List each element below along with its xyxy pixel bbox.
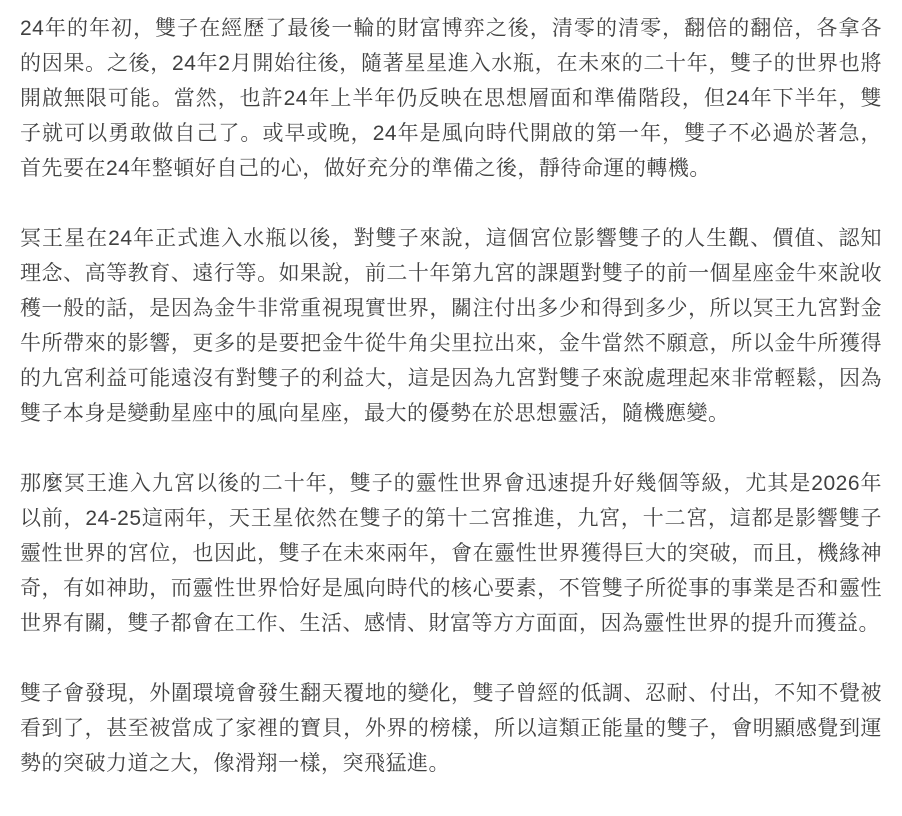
paragraph-4: 雙子會發現，外圍環境會發生翻天覆地的變化，雙子曾經的低調、忍耐、付出，不知不覺被…: [20, 676, 882, 781]
article-text: 24年的年初，雙子在經歷了最後一輪的財富博弈之後，清零的清零，翻倍的翻倍，各拿各…: [20, 11, 882, 781]
paragraph-3: 那麼冥王進入九宮以後的二十年，雙子的靈性世界會迅速提升好幾個等級，尤其是2026…: [20, 466, 882, 641]
paragraph-2: 冥王星在24年正式進入水瓶以後，對雙子來說，這個宮位影響雙子的人生觀、價值、認知…: [20, 221, 882, 431]
document-page: 24年的年初，雙子在經歷了最後一輪的財富博弈之後，清零的清零，翻倍的翻倍，各拿各…: [0, 0, 902, 816]
paragraph-1: 24年的年初，雙子在經歷了最後一輪的財富博弈之後，清零的清零，翻倍的翻倍，各拿各…: [20, 11, 882, 186]
